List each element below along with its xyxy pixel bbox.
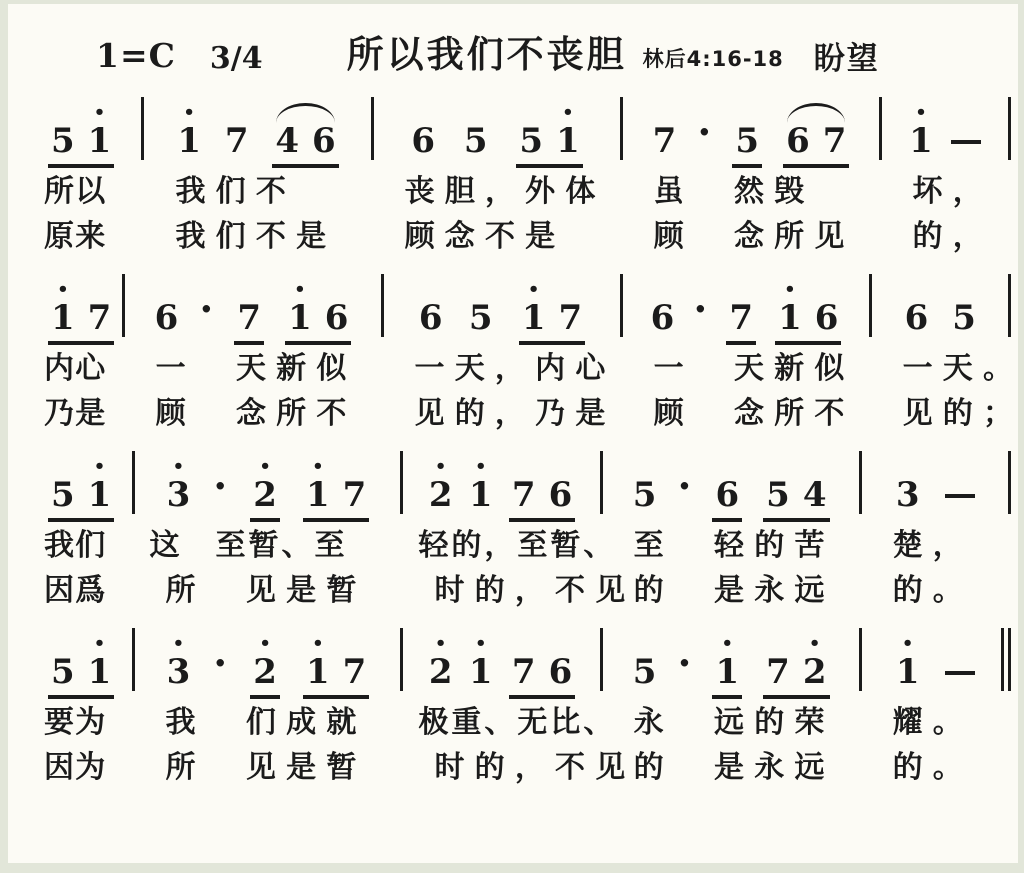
- lyric-cell-verse1: 坏，: [881, 169, 1010, 214]
- measure-notes: •17: [14, 269, 124, 345]
- dash-bar: [945, 671, 975, 675]
- augmentation-dot: ·: [693, 283, 707, 338]
- note-digit: 7: [653, 121, 677, 161]
- beam-group: 5•1: [48, 637, 114, 699]
- octave-dot: •: [528, 283, 540, 298]
- beam-group: •16: [285, 283, 351, 345]
- lyric-cell-verse2: 的。: [861, 568, 1010, 613]
- octave-dot: •: [784, 283, 796, 298]
- lyric-cell-verse2: 时的，不见: [402, 745, 601, 790]
- lyric-cell-verse1: 至 轻的苦: [602, 523, 861, 568]
- lyric-cell-verse2: 见的，乃是: [383, 391, 622, 436]
- lyric-cell-verse2: 原来: [14, 214, 143, 259]
- note-digit: ·: [213, 644, 227, 684]
- measure: 65一天。见的；: [871, 269, 1010, 436]
- lyric-cell-verse2: 顾 念所不: [622, 391, 871, 436]
- note: •2: [429, 637, 453, 692]
- lyric-cell-verse2: 因为: [14, 745, 134, 790]
- note-digit: 5: [633, 652, 657, 692]
- note-digit: 5: [735, 121, 759, 161]
- note-digit: 2: [803, 652, 827, 692]
- lyric-cell-verse2: 我们不是: [143, 214, 372, 259]
- measure: 7·567虽 然毁顾 念所见: [622, 92, 881, 259]
- note-digit: 6: [155, 298, 179, 338]
- octave-dot: •: [312, 460, 324, 475]
- beam-group: •17: [303, 460, 369, 522]
- note-digit: 5: [51, 475, 75, 515]
- note-digit: 1: [306, 475, 330, 515]
- note-group: [945, 479, 975, 522]
- note-digit: ·: [693, 290, 707, 330]
- octave-dot: •: [173, 637, 185, 652]
- measure-notes: 5·•17•2: [602, 623, 861, 699]
- system-2: •17内心乃是6·7•16一 天新似顾 念所不65•17一天，内心见的，乃是6·…: [14, 269, 1010, 436]
- measure: •1坏，的，: [881, 92, 1010, 259]
- note: 5: [469, 283, 493, 338]
- note: •1: [896, 637, 920, 692]
- note-digit: 5: [519, 121, 543, 161]
- note-group: 5: [464, 106, 488, 168]
- lyric-cell-verse1: 我们不: [143, 169, 372, 214]
- note-digit: 7: [766, 652, 790, 692]
- note-digit: ·: [213, 467, 227, 507]
- note: •2: [429, 460, 453, 515]
- octave-dot: •: [562, 106, 574, 121]
- note-digit: 6: [419, 298, 443, 338]
- note-digit: 1: [715, 652, 739, 692]
- note: •1: [469, 637, 493, 692]
- note-group: 6: [905, 283, 929, 345]
- note-digit: ·: [677, 644, 691, 684]
- measure-notes: •3·•2•17: [134, 446, 403, 522]
- system-4: 5•1要为因为•3·•2•17我 们成就所 见是暂•2•176极重、无比、时的，…: [14, 623, 1010, 790]
- measure-notes: 5•1: [14, 92, 143, 168]
- note: 6: [905, 283, 929, 338]
- measure-notes: 3: [861, 446, 1010, 522]
- measure-notes: •3·•2•17: [134, 623, 403, 699]
- beam-group: 54: [763, 460, 829, 522]
- note-digit: 5: [51, 652, 75, 692]
- note-digit: 6: [715, 475, 739, 515]
- note-digit: 2: [253, 652, 277, 692]
- note-group: •1: [177, 106, 201, 168]
- note-digit: 1: [51, 298, 75, 338]
- note-digit: 5: [766, 475, 790, 515]
- note: •1: [88, 460, 112, 515]
- beam-group: 76: [509, 460, 575, 522]
- sheet-music-page: 1=C 3/4 所以我们不丧胆 林后4:16-18 盼望 5•1所以原来•174…: [8, 4, 1018, 863]
- note-digit: 4: [275, 121, 299, 161]
- note-group: ·: [693, 283, 707, 345]
- lyric-cell-verse1: 这 至暂、至: [134, 523, 403, 568]
- note-group: •3: [167, 460, 191, 522]
- note: 6: [549, 460, 573, 515]
- note-digit: 7: [559, 298, 583, 338]
- note-group: •3: [167, 637, 191, 699]
- note-digit: 7: [512, 475, 536, 515]
- key-signature: 1=C: [96, 36, 176, 75]
- octave-dot: •: [94, 106, 106, 121]
- beam-group: •16: [775, 283, 841, 345]
- lyric-cell-verse2: 所 见是暂: [134, 745, 403, 790]
- lyric-cell-verse1: 内心: [14, 346, 124, 391]
- octave-dot: •: [475, 460, 487, 475]
- extension-dash: [951, 125, 981, 161]
- note-digit: 3: [167, 652, 191, 692]
- octave-dot: •: [259, 460, 271, 475]
- augmentation-dot: ·: [677, 637, 691, 692]
- note-digit: 2: [253, 475, 277, 515]
- note: 6: [155, 283, 179, 338]
- note-digit: 1: [778, 298, 802, 338]
- note-digit: 5: [469, 298, 493, 338]
- note-digit: 1: [306, 652, 330, 692]
- lyric-cell-verse1: 我们: [14, 523, 134, 568]
- octave-dot: •: [809, 637, 821, 652]
- note-group: 5: [633, 460, 657, 522]
- measure: 5•1要为因为: [14, 623, 134, 790]
- lyric-cell-verse1: 所以: [14, 169, 143, 214]
- measure-notes: 7·567: [622, 92, 881, 168]
- systems: 5•1所以原来•1746我们不我们不是655•1丧胆，外体顾念不是7·567虽 …: [12, 78, 1012, 790]
- measure-notes: 5·654: [602, 446, 861, 522]
- note-digit: 6: [411, 121, 435, 161]
- measure: •2•176轻的，至暂、时的，不见: [402, 446, 601, 613]
- note-digit: 1: [469, 652, 493, 692]
- system-3: 5•1我们因爲•3·•2•17这 至暂、至所 见是暂•2•176轻的，至暂、时的…: [14, 446, 1010, 613]
- note: 5: [464, 106, 488, 161]
- octave-dot: •: [435, 460, 447, 475]
- note: 6: [651, 283, 675, 338]
- lyric-cell-verse2: 时的，不见: [402, 568, 601, 613]
- hymn-category: 盼望: [814, 33, 880, 78]
- octave-dot: •: [259, 637, 271, 652]
- note-group: •1: [896, 637, 920, 699]
- octave-dot: •: [183, 106, 195, 121]
- augmentation-dot: ·: [213, 460, 227, 515]
- beam-group: 76: [509, 637, 575, 699]
- note-digit: 6: [549, 475, 573, 515]
- lyric-cell-verse1: 耀。: [861, 700, 1010, 745]
- note: 5: [51, 637, 75, 692]
- note: •1: [88, 106, 112, 161]
- note: 7: [225, 106, 249, 161]
- extension-dash: [945, 479, 975, 515]
- note: •1: [306, 637, 330, 692]
- note-group: ·: [213, 637, 227, 699]
- note: 5: [51, 106, 75, 161]
- note-digit: 7: [237, 298, 261, 338]
- measure: 655•1丧胆，外体顾念不是: [373, 92, 622, 259]
- scripture-reference: 林后4:16-18: [643, 43, 784, 73]
- measure: •1746我们不我们不是: [143, 92, 372, 259]
- augmentation-dot: ·: [213, 637, 227, 692]
- measure: 5·•17•2永 远的荣的 是永远: [602, 623, 861, 790]
- note: 3: [896, 460, 920, 515]
- note-digit: 6: [312, 121, 336, 161]
- beam-group: •17: [303, 637, 369, 699]
- augmentation-dot: ·: [677, 460, 691, 515]
- note: 7: [766, 637, 790, 692]
- beam-group: 7•2: [763, 637, 829, 699]
- note-digit: 5: [952, 298, 976, 338]
- note-digit: 7: [343, 652, 367, 692]
- measure-notes: •2•176: [402, 446, 601, 522]
- note-digit: 1: [896, 652, 920, 692]
- beam-group: 7: [234, 283, 264, 345]
- note: 6: [411, 106, 435, 161]
- lyric-cell-verse2: 的 是永远: [602, 568, 861, 613]
- note-digit: 1: [288, 298, 312, 338]
- note-digit: 7: [729, 298, 753, 338]
- note-digit: 7: [512, 652, 536, 692]
- measure: 3楚，的。: [861, 446, 1010, 613]
- dash-bar: [951, 140, 981, 144]
- lyric-cell-verse1: 楚，: [861, 523, 1010, 568]
- note: •1: [909, 106, 933, 161]
- beam-group: 6: [712, 460, 742, 522]
- measure-notes: •1: [861, 623, 1010, 699]
- lyric-cell-verse1: 我 们成就: [134, 700, 403, 745]
- lyric-cell-verse1: 一天，内心: [383, 346, 622, 391]
- note-digit: 6: [549, 652, 573, 692]
- note-digit: 6: [651, 298, 675, 338]
- lyric-cell-verse1: 轻的，至暂、: [402, 523, 601, 568]
- measure: 6·7•16一 天新似顾 念所不: [124, 269, 383, 436]
- note-group: 3: [896, 460, 920, 522]
- note: •1: [306, 460, 330, 515]
- note-group: •2: [429, 637, 453, 699]
- note: 7: [729, 283, 753, 338]
- note: 6: [549, 637, 573, 692]
- note-group: 6: [651, 283, 675, 345]
- lyric-cell-verse2: 的，: [881, 214, 1010, 259]
- lyric-cell-verse1: 要为: [14, 700, 134, 745]
- beam-group: 7: [726, 283, 756, 345]
- note: 5: [952, 283, 976, 338]
- note-digit: 1: [469, 475, 493, 515]
- time-signature: 3/4: [210, 41, 263, 76]
- note-digit: 1: [88, 652, 112, 692]
- measure: •3·•2•17这 至暂、至所 见是暂: [134, 446, 403, 613]
- note: 4: [275, 106, 299, 161]
- note-digit: 7: [343, 475, 367, 515]
- measure-notes: 65: [871, 269, 1010, 345]
- measure-notes: 6·7•16: [124, 269, 383, 345]
- note-digit: 1: [556, 121, 580, 161]
- note: 7: [823, 106, 847, 161]
- measure: 65•17一天，内心见的，乃是: [383, 269, 622, 436]
- beam-group: •17: [48, 283, 114, 345]
- note-digit: 2: [429, 652, 453, 692]
- note-digit: 7: [823, 121, 847, 161]
- note-digit: 6: [905, 298, 929, 338]
- lyric-cell-verse1: 丧胆，外体: [373, 169, 622, 214]
- note: •1: [522, 283, 546, 338]
- note: •1: [715, 637, 739, 692]
- note-digit: 5: [464, 121, 488, 161]
- note-group: 5: [633, 637, 657, 699]
- note-group: •1: [909, 106, 933, 168]
- measure-notes: 65•17: [383, 269, 622, 345]
- note-digit: 7: [225, 121, 249, 161]
- measure: •17内心乃是: [14, 269, 124, 436]
- measure: 5•1所以原来: [14, 92, 143, 259]
- augmentation-dot: ·: [199, 283, 213, 338]
- beam-group: 5: [732, 106, 762, 168]
- octave-dot: •: [57, 283, 69, 298]
- measure-notes: 5•1: [14, 446, 134, 522]
- note: 6: [325, 283, 349, 338]
- note: •1: [469, 460, 493, 515]
- lyric-cell-verse2: 所 见是暂: [134, 568, 403, 613]
- measure-notes: •1746: [143, 92, 372, 168]
- note: •2: [253, 637, 277, 692]
- note: •2: [253, 460, 277, 515]
- note-digit: 7: [88, 298, 112, 338]
- note: 5: [519, 106, 543, 161]
- header: 1=C 3/4 所以我们不丧胆 林后4:16-18 盼望: [12, 18, 1012, 78]
- note-group: 6: [155, 283, 179, 345]
- note-digit: 4: [803, 475, 827, 515]
- extension-dash: [945, 656, 975, 692]
- note: •1: [177, 106, 201, 161]
- measure-notes: •2•176: [402, 623, 601, 699]
- lyric-cell-verse2: 的 是永远: [602, 745, 861, 790]
- note: 6: [815, 283, 839, 338]
- measure: 6·7•16一 天新似顾 念所不: [622, 269, 871, 436]
- octave-dot: •: [915, 106, 927, 121]
- slur-beam-group: 67: [783, 106, 849, 168]
- lyric-cell-verse1: 一 天新似: [124, 346, 383, 391]
- beam-group: •17: [519, 283, 585, 345]
- note: 7: [512, 460, 536, 515]
- measure: 5·654至 轻的苦的 是永远: [602, 446, 861, 613]
- octave-dot: •: [173, 460, 185, 475]
- note-digit: 1: [909, 121, 933, 161]
- note-group: [951, 125, 981, 168]
- note-digit: 5: [51, 121, 75, 161]
- note: 6: [786, 106, 810, 161]
- note-group: •2: [429, 460, 453, 522]
- note-group: 6: [411, 106, 435, 168]
- note: 5: [51, 460, 75, 515]
- note: 5: [735, 106, 759, 161]
- note: 7: [88, 283, 112, 338]
- lyric-cell-verse2: 乃是: [14, 391, 124, 436]
- note: 7: [653, 106, 677, 161]
- note: 7: [559, 283, 583, 338]
- lyric-cell-verse1: 一天。: [871, 346, 1010, 391]
- lyric-cell-verse2: 顾 念所不: [124, 391, 383, 436]
- note: 7: [343, 460, 367, 515]
- beam-group: •2: [250, 460, 280, 522]
- octave-dot: •: [435, 637, 447, 652]
- note-group: 6: [419, 283, 443, 345]
- note: 7: [512, 637, 536, 692]
- note-digit: 1: [88, 475, 112, 515]
- note-group: ·: [199, 283, 213, 345]
- octave-dot: •: [722, 637, 734, 652]
- system-1: 5•1所以原来•1746我们不我们不是655•1丧胆，外体顾念不是7·567虽 …: [14, 92, 1010, 259]
- note: •1: [556, 106, 580, 161]
- note-digit: ·: [677, 467, 691, 507]
- note-digit: 5: [633, 475, 657, 515]
- note-group: ·: [677, 460, 691, 522]
- note: 6: [715, 460, 739, 515]
- lyric-cell-verse1: 虽 然毁: [622, 169, 881, 214]
- note-digit: ·: [199, 290, 213, 330]
- note: •1: [51, 283, 75, 338]
- octave-dot: •: [902, 637, 914, 652]
- beam-group: •1: [712, 637, 742, 699]
- note-digit: 2: [429, 475, 453, 515]
- note: 5: [766, 460, 790, 515]
- note-digit: ·: [697, 113, 711, 153]
- note-digit: 6: [815, 298, 839, 338]
- octave-dot: •: [312, 637, 324, 652]
- note: 5: [633, 637, 657, 692]
- lyric-cell-verse2: 顾念不是: [373, 214, 622, 259]
- note-digit: 1: [522, 298, 546, 338]
- lyric-cell-verse1: 极重、无比、: [402, 700, 601, 745]
- note-digit: 1: [88, 121, 112, 161]
- note: •1: [88, 637, 112, 692]
- note-group: 7: [225, 106, 249, 168]
- song-title: 所以我们不丧胆: [347, 24, 627, 78]
- measure-notes: •1: [881, 92, 1010, 168]
- note-group: •1: [469, 460, 493, 522]
- beam-group: •2: [250, 637, 280, 699]
- note: 5: [633, 460, 657, 515]
- measure-notes: 5•1: [14, 623, 134, 699]
- note: 7: [237, 283, 261, 338]
- page-frame: 1=C 3/4 所以我们不丧胆 林后4:16-18 盼望 5•1所以原来•174…: [0, 0, 1024, 873]
- note-group: ·: [697, 106, 711, 168]
- measure: •3·•2•17我 们成就所 见是暂: [134, 623, 403, 790]
- note-group: ·: [213, 460, 227, 522]
- note: •2: [803, 637, 827, 692]
- measure-notes: 6·7•16: [622, 269, 871, 345]
- beam-group: 5•1: [48, 106, 114, 168]
- lyric-cell-verse2: 因爲: [14, 568, 134, 613]
- note-digit: 6: [786, 121, 810, 161]
- note: 6: [312, 106, 336, 161]
- beam-group: 5•1: [516, 106, 582, 168]
- octave-dot: •: [94, 460, 106, 475]
- lyric-cell-verse2: 顾 念所见: [622, 214, 881, 259]
- note: •3: [167, 460, 191, 515]
- beam-group: 5•1: [48, 460, 114, 522]
- note: •1: [778, 283, 802, 338]
- octave-dot: •: [294, 283, 306, 298]
- note-digit: 3: [167, 475, 191, 515]
- octave-dot: •: [475, 637, 487, 652]
- measure: 5•1我们因爲: [14, 446, 134, 613]
- note-digit: 6: [325, 298, 349, 338]
- note-digit: 3: [896, 475, 920, 515]
- note: 6: [419, 283, 443, 338]
- lyric-cell-verse2: 的。: [861, 745, 1010, 790]
- augmentation-dot: ·: [697, 106, 711, 161]
- lyric-cell-verse2: 见的；: [871, 391, 1010, 436]
- note-group: •1: [469, 637, 493, 699]
- note-digit: 1: [177, 121, 201, 161]
- note-group: ·: [677, 637, 691, 699]
- note-group: 5: [469, 283, 493, 345]
- note: •3: [167, 637, 191, 692]
- measure-notes: 655•1: [373, 92, 622, 168]
